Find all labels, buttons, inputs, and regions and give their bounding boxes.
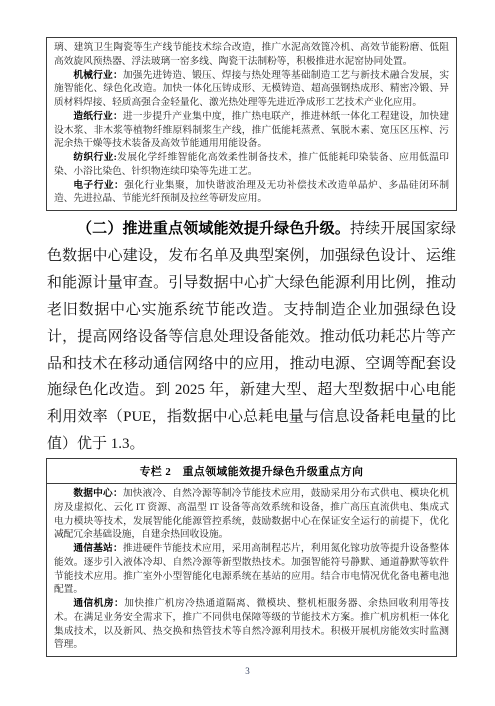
- page-number: 3: [0, 666, 495, 676]
- industry-label: 电子行业：: [73, 180, 124, 191]
- section-heading: （二）推进重点领域能效提升绿色升级。: [77, 221, 350, 237]
- industry-paragraph-machinery: 机械行业：加强先进铸造、锻压、焊接与热处理等基础制造工艺与新技术融合发展，实施智…: [54, 69, 449, 110]
- document-page: 璃、建筑卫生陶瓷等生产线节能技术综合改造，推广水泥高效篦冷机、高效节能粉磨、低阻…: [0, 0, 495, 706]
- focus-paragraph-telecomroom: 通信机房：加快推广机房冷热通道隔离、微模块、整机柜服务器、余热回收利用等技术。在…: [54, 597, 449, 652]
- industry-label: 纺织行业:: [73, 152, 116, 163]
- column-box-2-body: 数据中心：加快液冷、自然冷源等制冷节能技术应用，鼓励采用分布式供电、模块化机房及…: [47, 484, 456, 656]
- continuation-text: 璃、建筑卫生陶瓷等生产线节能技术综合改造，推广水泥高效篦冷机、高效节能粉磨、低阻…: [54, 42, 449, 67]
- section-body-text: 持续开展国家绿色数据中心建设，发布名单及典型案例，加强绿色设计、运维和能源计量审…: [47, 221, 456, 452]
- column-box-2-title: 专栏 2 重点领域能效提升绿色升级重点方向: [47, 459, 456, 484]
- section-paragraph: （二）推进重点领域能效提升绿色升级。持续开展国家绿色数据中心建设，发布名单及典型…: [47, 216, 456, 458]
- column-box-industries-body: 璃、建筑卫生陶瓷等生产线节能技术综合改造，推广水泥高效篦冷机、高效节能粉磨、低阻…: [47, 38, 456, 210]
- focus-label: 数据中心：: [73, 488, 122, 499]
- industry-paragraph-electronics: 电子行业：强化行业集聚，加快谐波治理及无功补偿技术改造单晶炉、多晶硅闭环制造、先…: [54, 179, 449, 207]
- column-box-2: 专栏 2 重点领域能效提升绿色升级重点方向 数据中心：加快液冷、自然冷源等制冷节…: [46, 458, 457, 657]
- focus-label: 通信基站：: [73, 543, 122, 554]
- industry-paragraph-textile: 纺织行业:发展化学纤维智能化高效柔性制备技术，推广低能耗印染装备、应用低温印染、…: [54, 151, 449, 179]
- focus-paragraph-datacenter: 数据中心：加快液冷、自然冷源等制冷节能技术应用，鼓励采用分布式供电、模块化机房及…: [54, 487, 449, 542]
- industry-paragraph-paper: 造纸行业：进一步提升产业集中度，推广热电联产，推进林纸一体化工程建设，加快建设木…: [54, 110, 449, 151]
- focus-label: 通信机房：: [73, 598, 124, 609]
- industry-label: 机械行业：: [73, 70, 122, 81]
- column-box-industries: 璃、建筑卫生陶瓷等生产线节能技术综合改造，推广水泥高效篦冷机、高效节能粉磨、低阻…: [46, 37, 457, 211]
- industry-label: 造纸行业：: [73, 111, 122, 122]
- focus-paragraph-basestation: 通信基站：推进硬件节能技术应用，采用高制程芯片，利用氮化镓功放等提升设备整体能效…: [54, 542, 449, 597]
- continuation-paragraph: 璃、建筑卫生陶瓷等生产线节能技术综合改造，推广水泥高效篦冷机、高效节能粉磨、低阻…: [54, 41, 449, 69]
